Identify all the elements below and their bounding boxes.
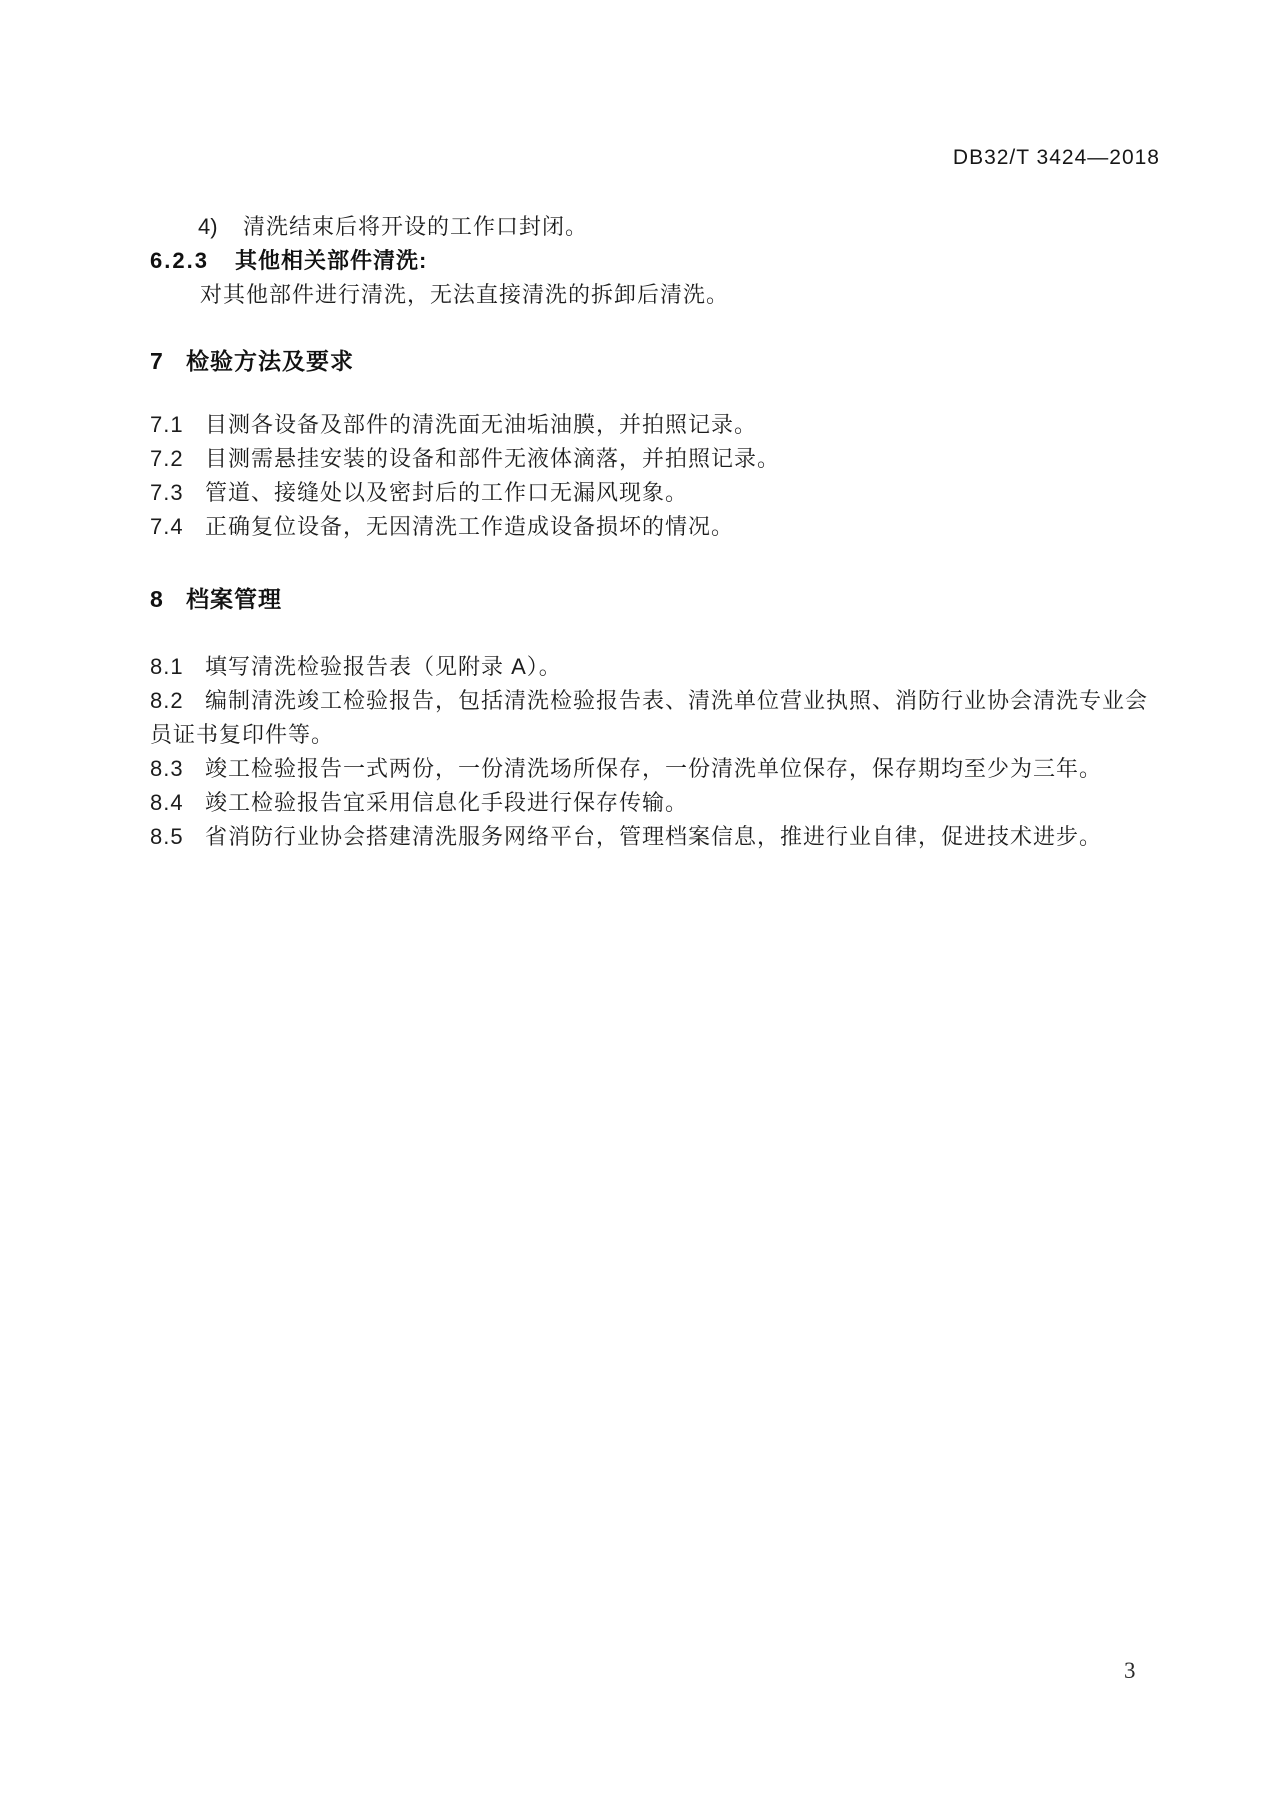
- clause-number: 8.2: [150, 684, 205, 718]
- clause-text: 编制清洗竣工检验报告，包括清洗检验报告表、清洗单位营业执照、消防行业协会清洗专业…: [150, 688, 1148, 747]
- list-item-marker: 4): [198, 210, 243, 244]
- clause-number: 8.4: [150, 786, 205, 820]
- document-body: 4)清洗结束后将开设的工作口封闭。 6.2.3其他相关部件清洗: 对其他部件进行…: [150, 210, 1162, 854]
- section-title: 档案管理: [186, 586, 282, 612]
- clause-text: 目测各设备及部件的清洗面无油垢油膜，并拍照记录。: [205, 412, 757, 437]
- section-number: 7: [150, 344, 186, 378]
- clause-number: 8.5: [150, 820, 205, 854]
- standard-number-header: DB32/T 3424—2018: [953, 146, 1160, 170]
- clause-7-4: 7.4正确复位设备，无因清洗工作造成设备损坏的情况。: [150, 510, 1162, 544]
- clause-body-6-2-3: 对其他部件进行清洗，无法直接清洗的拆卸后清洗。: [150, 278, 1162, 312]
- clause-text: 省消防行业协会搭建清洗服务网络平台，管理档案信息，推进行业自律，促进技术进步。: [205, 824, 1102, 849]
- clause-text: 竣工检验报告一式两份，一份清洗场所保存，一份清洗单位保存，保存期均至少为三年。: [205, 756, 1102, 781]
- clause-number: 7.1: [150, 408, 205, 442]
- list-item-text: 清洗结束后将开设的工作口封闭。: [243, 214, 588, 239]
- clause-7-1: 7.1目测各设备及部件的清洗面无油垢油膜，并拍照记录。: [150, 408, 1162, 442]
- clause-number: 8.1: [150, 650, 205, 684]
- clause-8-4: 8.4竣工检验报告宜采用信息化手段进行保存传输。: [150, 786, 1162, 820]
- clause-text: 填写清洗检验报告表（见附录 A）。: [205, 654, 562, 679]
- section-heading-7: 7检验方法及要求: [150, 344, 1162, 378]
- section-title: 检验方法及要求: [186, 348, 354, 374]
- clause-text: 管道、接缝处以及密封后的工作口无漏风现象。: [205, 480, 688, 505]
- list-item-4: 4)清洗结束后将开设的工作口封闭。: [150, 210, 1162, 244]
- clause-number: 8.3: [150, 752, 205, 786]
- clause-number: 7.4: [150, 510, 205, 544]
- clause-number: 7.2: [150, 442, 205, 476]
- clause-number: 6.2.3: [150, 244, 235, 278]
- section-heading-8: 8档案管理: [150, 582, 1162, 616]
- clause-title: 其他相关部件清洗:: [235, 248, 427, 273]
- clause-8-1: 8.1填写清洗检验报告表（见附录 A）。: [150, 650, 1162, 684]
- section-number: 8: [150, 582, 186, 616]
- page-number: 3: [1124, 1658, 1136, 1684]
- clause-text: 目测需悬挂安装的设备和部件无液体滴落，并拍照记录。: [205, 446, 780, 471]
- clause-text: 竣工检验报告宜采用信息化手段进行保存传输。: [205, 790, 688, 815]
- document-page: DB32/T 3424—2018 4)清洗结束后将开设的工作口封闭。 6.2.3…: [0, 0, 1280, 1810]
- clause-8-5: 8.5省消防行业协会搭建清洗服务网络平台，管理档案信息，推进行业自律，促进技术进…: [150, 820, 1162, 854]
- clause-text: 正确复位设备，无因清洗工作造成设备损坏的情况。: [205, 514, 734, 539]
- clause-number: 7.3: [150, 476, 205, 510]
- clause-heading-6-2-3: 6.2.3其他相关部件清洗:: [150, 244, 1162, 278]
- clause-8-3: 8.3竣工检验报告一式两份，一份清洗场所保存，一份清洗单位保存，保存期均至少为三…: [150, 752, 1162, 786]
- clause-7-2: 7.2目测需悬挂安装的设备和部件无液体滴落，并拍照记录。: [150, 442, 1162, 476]
- clause-8-2: 8.2编制清洗竣工检验报告，包括清洗检验报告表、清洗单位营业执照、消防行业协会清…: [150, 684, 1162, 752]
- clause-7-3: 7.3管道、接缝处以及密封后的工作口无漏风现象。: [150, 476, 1162, 510]
